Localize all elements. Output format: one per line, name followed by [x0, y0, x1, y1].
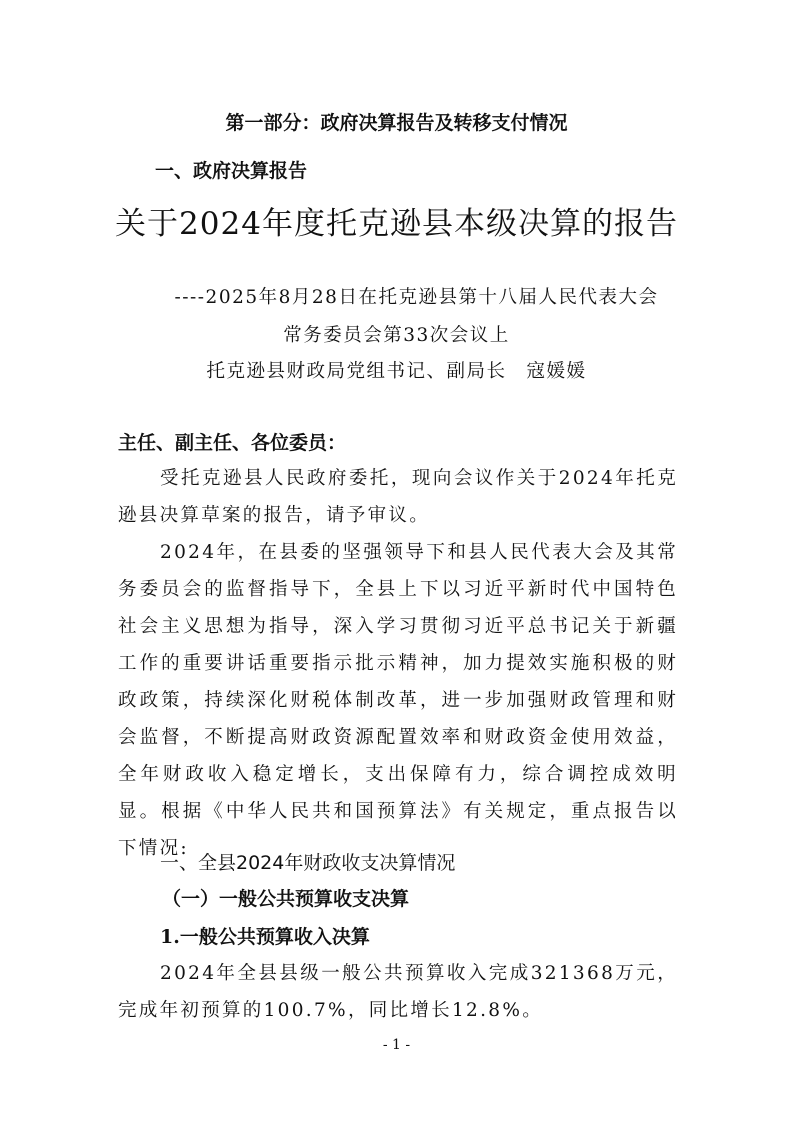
subtitle-line-presenter: 托克逊县财政局党组书记、副局长 寇媛媛	[0, 357, 793, 383]
page-number: - 1 -	[0, 1037, 793, 1053]
heading-level-3: 1.一般公共预算收入决算	[160, 922, 370, 949]
subtitle-line-date: ----2025年8月28日在托克逊县第十八届人民代表大会	[20, 283, 793, 309]
heading-level-1: 一、全县2024年财政收支决算情况	[160, 848, 455, 875]
part-title: 第一部分：政府决算报告及转移支付情况	[0, 108, 793, 135]
heading-level-2: （一）一般公共预算收支决算	[162, 884, 409, 911]
paragraph-revenue: 2024年全县县级一般公共预算收入完成321368万元，完成年初预算的100.7…	[118, 955, 678, 1029]
document-page: 第一部分：政府决算报告及转移支付情况 一、政府决算报告 关于2024年度托克逊县…	[0, 0, 793, 1122]
paragraph-intro: 受托克逊县人民政府委托，现向会议作关于2024年托克逊县决算草案的报告，请予审议…	[118, 460, 678, 534]
subtitle-line-meeting: 常务委员会第33次会议上	[0, 321, 793, 347]
main-title: 关于2024年度托克逊县本级决算的报告	[0, 198, 793, 243]
salutation: 主任、副主任、各位委员：	[118, 428, 346, 455]
section-title: 一、政府决算报告	[155, 156, 307, 183]
paragraph-overview: 2024年，在县委的坚强领导下和县人民代表大会及其常务委员会的监督指导下，全县上…	[118, 534, 678, 867]
